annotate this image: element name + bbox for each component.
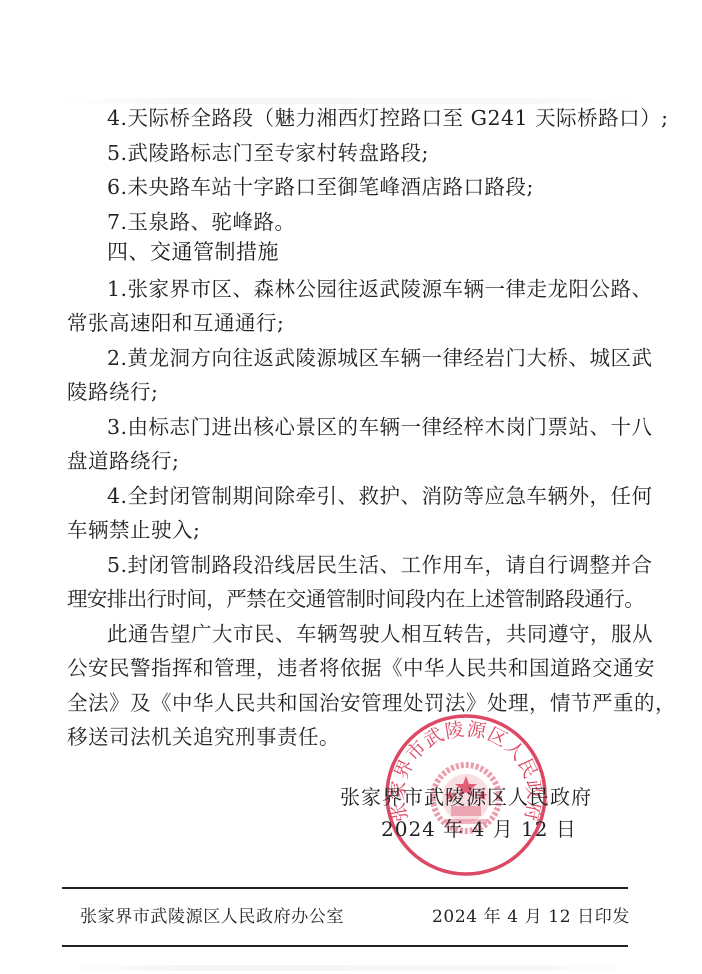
issue-date: 2024 年 4 月 12 日 (381, 814, 577, 844)
scan-artifact (60, 965, 640, 971)
closing-paragraph-line: 此通告望广大市民、车辆驾驶人相互转告，共同遵守，服从 (107, 617, 653, 651)
closing-paragraph-line: 移送司法机关追究刑事责任。 (67, 720, 340, 754)
measure-item-3-line1: 3.由标志门进出核心景区的车辆一律经梓木岗门票站、十八 (107, 410, 653, 444)
list-item: 7.玉泉路、驼峰路。 (107, 205, 296, 239)
measure-item-4-line1: 4.全封闭管制期间除牵引、救护、消防等应急车辆外，任何 (107, 479, 653, 513)
measure-item-5-line1: 5.封闭管制路段沿线居民生活、工作用车，请自行调整并合 (107, 548, 653, 582)
list-item: 5.武陵路标志门至专家村转盘路段; (107, 136, 429, 170)
list-item: 6.未央路车站十字路口至御笔峰酒店路口路段; (107, 170, 534, 204)
closing-paragraph-line: 全法》及《中华人民共和国治安管理处罚法》处理，情节严重的， (67, 686, 676, 720)
measure-item-1-line1: 1.张家界市区、森林公园往返武陵源车辆一律走龙阳公路、 (107, 272, 653, 306)
document-page: 4.天际桥全路段（魅力湘西灯控路口至 G241 天际桥路口）; 5.武陵路标志门… (0, 0, 702, 974)
issuer-name: 张家界市武陵源区人民政府 (340, 782, 592, 812)
section-heading: 四、交通管制措施 (107, 235, 279, 269)
footer-bottom-rule (62, 945, 628, 947)
measure-item-2-line2: 陵路绕行; (67, 375, 158, 409)
measure-item-4-line2: 车辆禁止驶入; (67, 513, 200, 547)
footer-print-date: 2024 年 4 月 12 日印发 (432, 903, 630, 931)
footer-office: 张家界市武陵源区人民政府办公室 (80, 903, 344, 931)
measure-item-2-line1: 2.黄龙洞方向往返武陵源城区车辆一律经岩门大桥、城区武 (107, 341, 653, 375)
closing-paragraph-line: 公安民警指挥和管理，违者将依据《中华人民共和国道路交通安 (67, 651, 655, 685)
measure-item-1-line2: 常张高速阳和互通通行; (67, 306, 284, 340)
list-item: 4.天际桥全路段（魅力湘西灯控路口至 G241 天际桥路口）; (107, 101, 669, 135)
measure-item-5-line2: 理安排出行时间，严禁在交通管制时间段内在上述管制路段通行。 (67, 582, 644, 616)
measure-item-3-line2: 盘道路绕行; (67, 444, 179, 478)
footer-top-rule (62, 887, 628, 889)
